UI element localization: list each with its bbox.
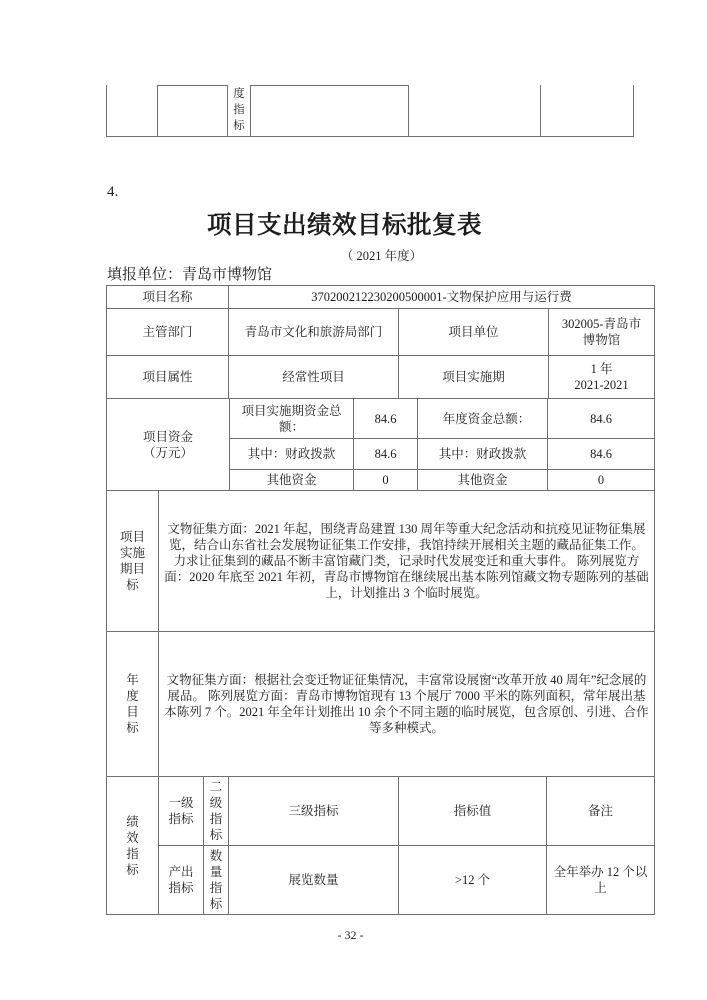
indicator-value-cell: >12 个 (399, 846, 547, 915)
indicator-value-header: 指标值 (399, 777, 547, 846)
remark-header: 备注 (547, 777, 655, 846)
annual-fiscal-alloc-value: 84.6 (548, 439, 655, 470)
basic-info-table: 项目名称 370200212230200500001-文物保护应用与运行费 主管… (106, 285, 655, 399)
fragment-vline (106, 85, 107, 137)
funds-table: 项目资金 （万元） 项目实施期资金总额： 84.6 年度资金总额： 84.6 其… (106, 398, 655, 491)
project-name-value: 370200212230200500001-文物保护应用与运行费 (229, 286, 655, 309)
annual-goal-label: 年 度 目 标 (107, 632, 159, 777)
approval-table: 项目名称 370200212230200500001-文物保护应用与运行费 主管… (106, 285, 655, 915)
table-row: 项目 实施 期目 标 文物征集方面：2021 年起，围绕青岛建置 130 周年等… (107, 491, 655, 632)
table-row: 年 度 目 标 文物征集方面：根据社会变迁物证征集情况，丰富常设展窗“改革开放 … (107, 632, 655, 777)
fiscal-alloc-value: 84.6 (354, 439, 418, 470)
previous-table-fragment: 度 指 标 (106, 85, 634, 137)
dept-value: 青岛市文化和旅游局部门 (229, 309, 399, 356)
fragment-vertical-label: 度 指 标 (227, 86, 251, 134)
fragment-vline (408, 85, 409, 137)
annual-fiscal-alloc-label: 其中：财政拨款 (418, 439, 548, 470)
section-number: 4. (107, 184, 118, 201)
remark-cell: 全年举办 12 个以上 (547, 846, 655, 915)
table-row: 主管部门 青岛市文化和旅游局部门 项目单位 302005-青岛市 博物馆 (107, 309, 655, 356)
annual-other-funds-label: 其他资金 (418, 470, 548, 491)
document-title: 项目支出绩效目标批复表 (0, 206, 698, 241)
attribute-label: 项目属性 (107, 356, 229, 399)
table-row: 绩 效 指 标 一级 指标 二 级 指 标 三级指标 指标值 备注 (107, 777, 655, 846)
annual-goal-text: 文物征集方面：根据社会变迁物证征集情况，丰富常设展窗“改革开放 40 周年”纪念… (159, 632, 655, 777)
table-row: 项目属性 经常性项目 项目实施期 1 年 2021-2021 (107, 356, 655, 399)
funds-total-label: 项目实施期资金总额： (230, 399, 354, 439)
other-funds-label: 其他资金 (230, 470, 354, 491)
impl-goal-text: 文物征集方面：2021 年起，围绕青岛建置 130 周年等重大纪念活动和抗疫见证… (159, 491, 655, 632)
unit-value: 302005-青岛市 博物馆 (549, 309, 655, 356)
fragment-bottomline (106, 136, 634, 137)
performance-table: 绩 效 指 标 一级 指标 二 级 指 标 三级指标 指标值 备注 产出 指标 … (106, 776, 655, 915)
filing-unit-label: 填报单位：青岛市博物馆 (107, 263, 272, 284)
perf-section-label: 绩 效 指 标 (107, 777, 159, 915)
other-funds-value: 0 (354, 470, 418, 491)
impl-goal-label: 项目 实施 期目 标 (107, 491, 159, 632)
funds-label: 项目资金 （万元） (107, 399, 230, 491)
fragment-topline (250, 85, 409, 86)
page-number: - 32 - (0, 928, 704, 943)
quantity-indicator-cell: 数 量 指 标 (204, 846, 229, 915)
funds-total-value: 84.6 (354, 399, 418, 439)
table-row: 产出 指标 数 量 指 标 展览数量 >12 个 全年举办 12 个以上 (107, 846, 655, 915)
fragment-vline (633, 85, 634, 137)
dept-label: 主管部门 (107, 309, 229, 356)
document-subtitle: （ 2021 年度） (28, 246, 707, 264)
annual-total-value: 84.6 (548, 399, 655, 439)
unit-label: 项目单位 (399, 309, 549, 356)
period-label: 项目实施期 (399, 356, 549, 399)
level3-header: 三级指标 (229, 777, 399, 846)
table-row: 项目名称 370200212230200500001-文物保护应用与运行费 (107, 286, 655, 309)
goals-table: 项目 实施 期目 标 文物征集方面：2021 年起，围绕青岛建置 130 周年等… (106, 490, 655, 777)
fragment-vline (157, 85, 158, 137)
output-indicator-cell: 产出 指标 (159, 846, 204, 915)
project-name-label: 项目名称 (107, 286, 229, 309)
fragment-vline (540, 85, 541, 137)
annual-total-label: 年度资金总额： (418, 399, 548, 439)
level1-header: 一级 指标 (159, 777, 204, 846)
table-row: 项目资金 （万元） 项目实施期资金总额： 84.6 年度资金总额： 84.6 (107, 399, 655, 439)
level3-indicator-cell: 展览数量 (229, 846, 399, 915)
attribute-value: 经常性项目 (229, 356, 399, 399)
fiscal-alloc-label: 其中：财政拨款 (230, 439, 354, 470)
fragment-topline (157, 85, 228, 86)
document-page: 度 指 标 4. 项目支出绩效目标批复表 （ 2021 年度） 填报单位：青岛市… (0, 0, 707, 1000)
period-value: 1 年 2021-2021 (549, 356, 655, 399)
annual-other-funds-value: 0 (548, 470, 655, 491)
level2-header: 二 级 指 标 (204, 777, 229, 846)
